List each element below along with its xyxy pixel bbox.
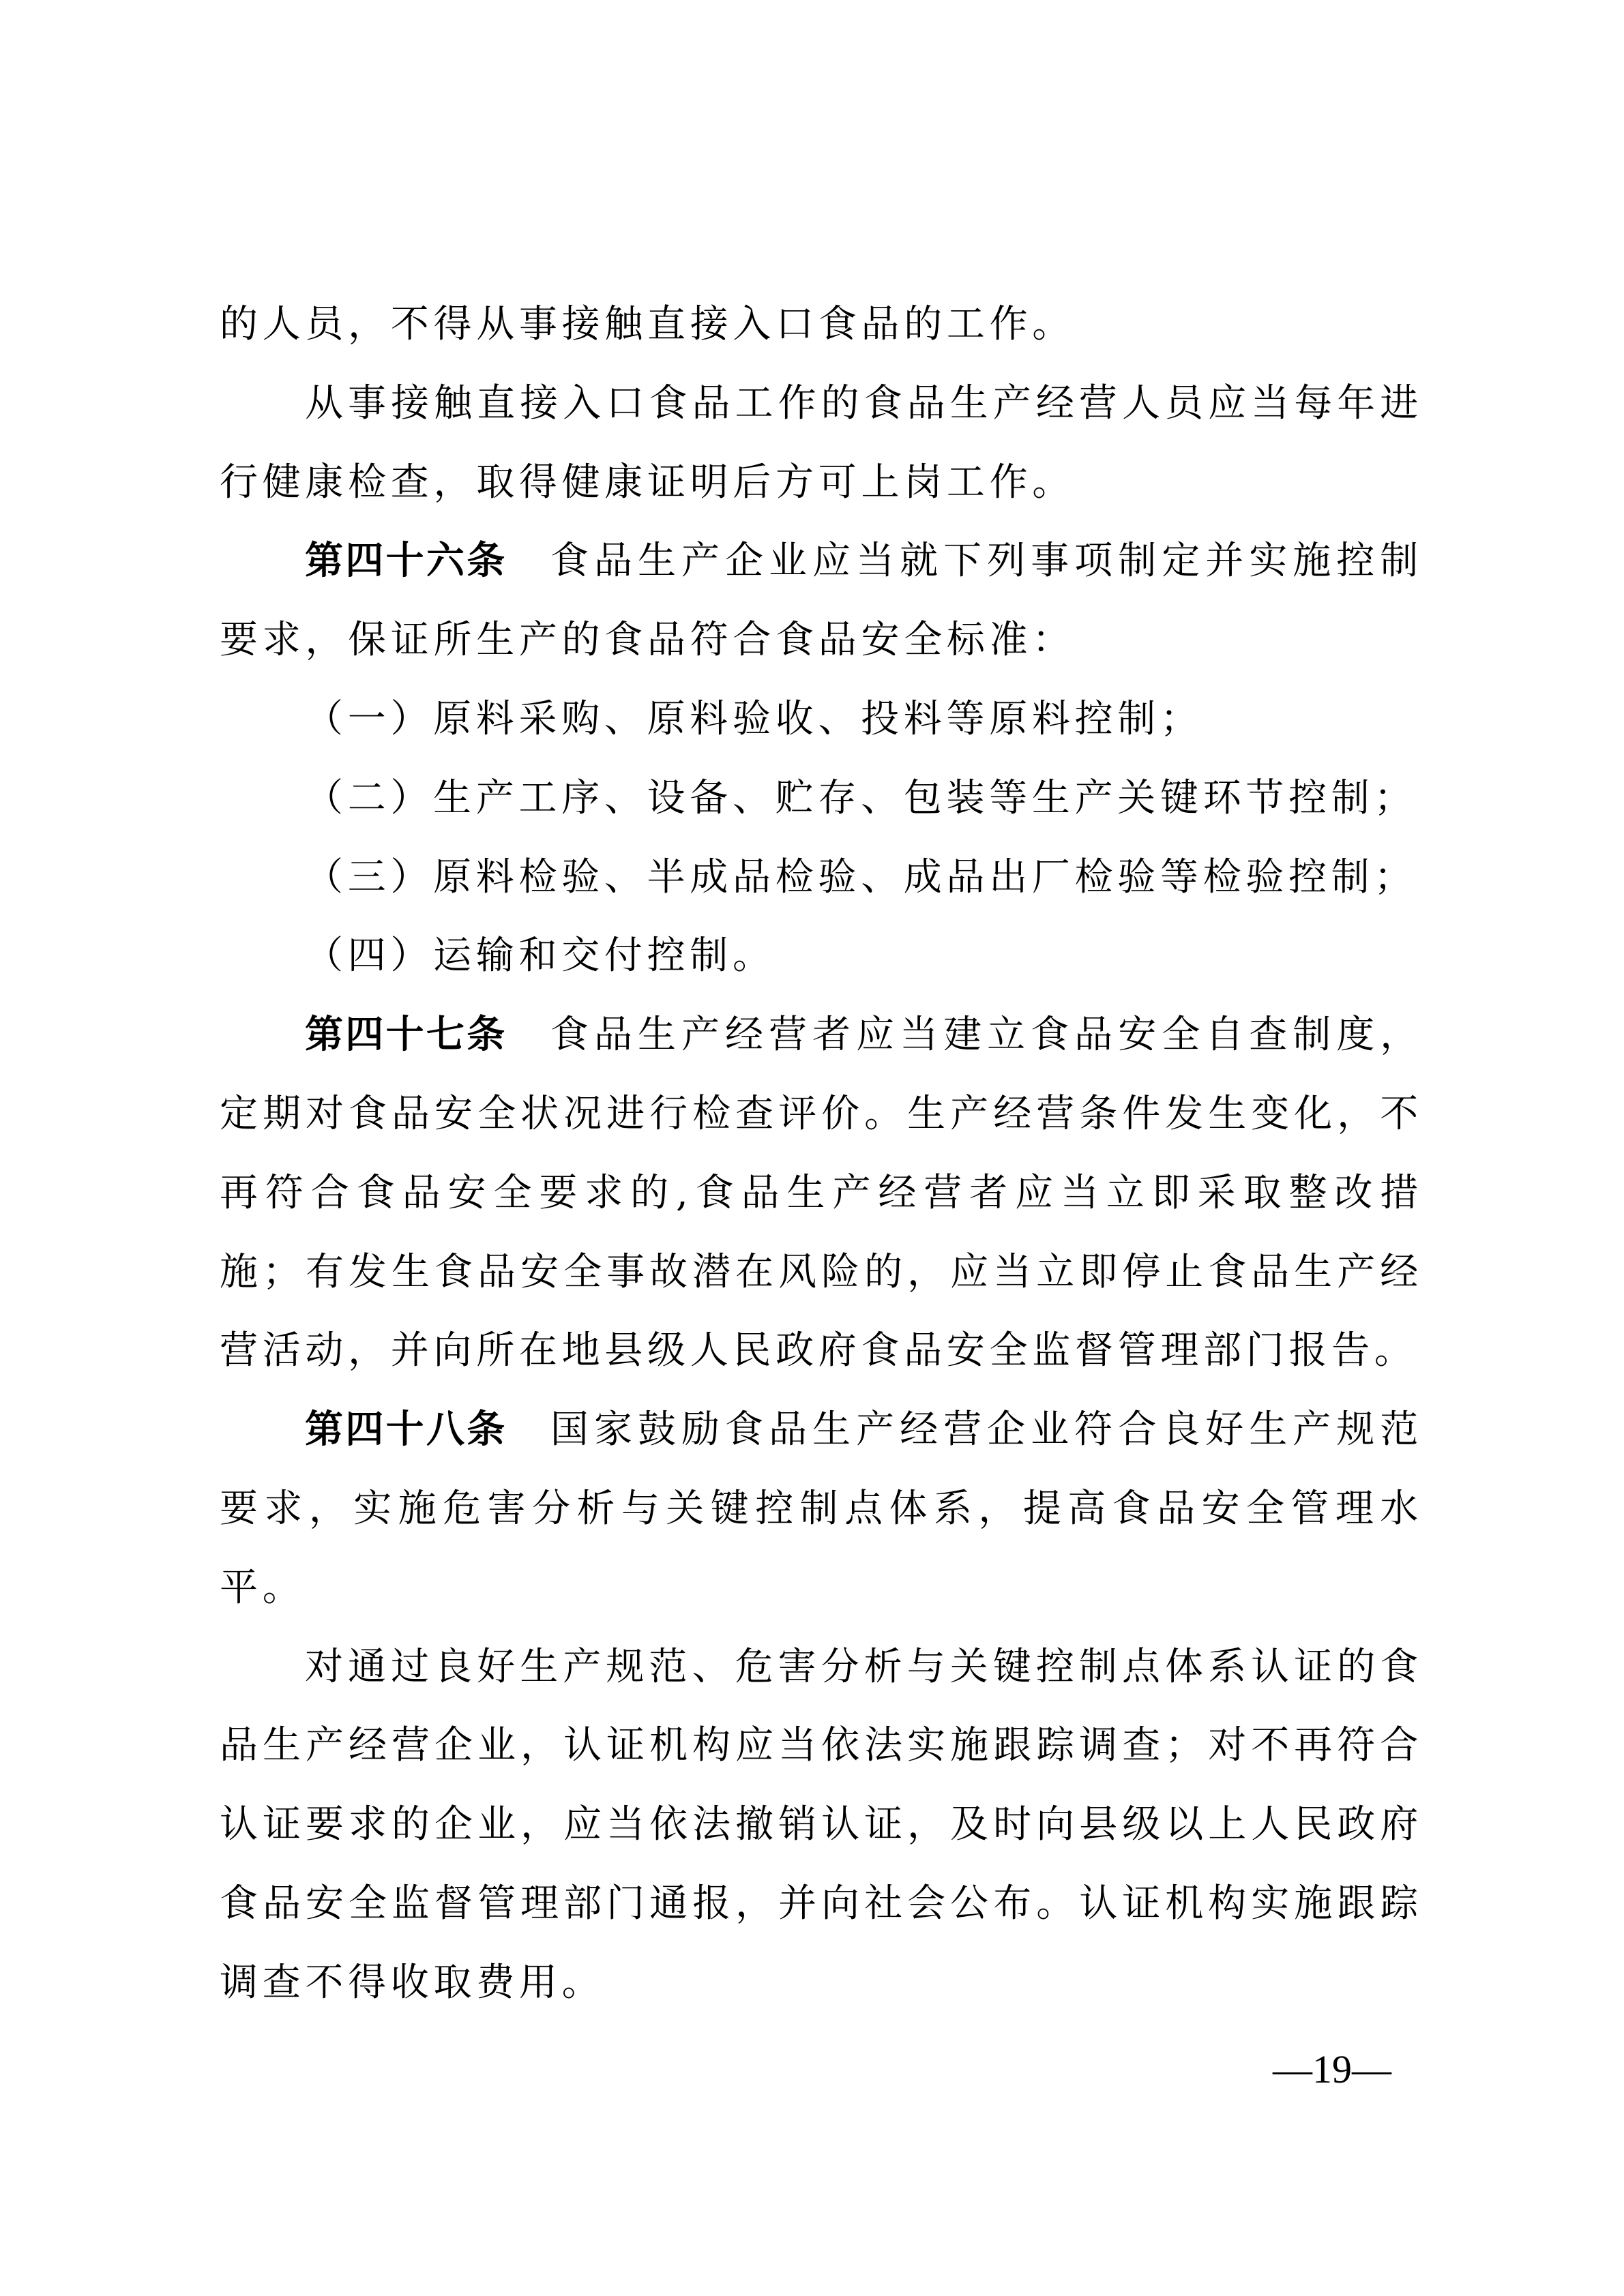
paragraph-text: 的人员，不得从事接触直接入口食品的工作。 xyxy=(220,302,1075,346)
paragraph-continuation: 的人员，不得从事接触直接入口食品的工作。 xyxy=(220,285,1423,364)
list-item-text: （二）生产工序、设备、贮存、包装等生产关键环节控制； xyxy=(305,776,1417,820)
paragraph-text: 从事接触直接入口食品工作的食品生产经营人员应当每年进行健康检查，取得健康证明后方… xyxy=(220,381,1423,505)
article-48: 第四十八条国家鼓励食品生产经营企业符合良好生产规范要求，实施危害分析与关键控制点… xyxy=(220,1390,1423,1627)
paragraph-certification: 对通过良好生产规范、危害分析与关键控制点体系认证的食品生产经营企业，认证机构应当… xyxy=(220,1628,1423,2023)
paragraph-text: 对通过良好生产规范、危害分析与关键控制点体系认证的食品生产经营企业，认证机构应当… xyxy=(220,1645,1423,2005)
list-item: （一）原料采购、原料验收、投料等原料控制； xyxy=(220,680,1423,759)
list-item: （二）生产工序、设备、贮存、包装等生产关键环节控制； xyxy=(220,759,1423,838)
article-46: 第四十六条食品生产企业应当就下列事项制定并实施控制要求，保证所生产的食品符合食品… xyxy=(220,522,1423,680)
document-page: 的人员，不得从事接触直接入口食品的工作。 从事接触直接入口食品工作的食品生产经营… xyxy=(0,0,1624,2296)
list-item: （三）原料检验、半成品检验、成品出厂检验等检验控制； xyxy=(220,838,1423,917)
article-title: 第四十六条 xyxy=(305,539,507,583)
paragraph-health-check: 从事接触直接入口食品工作的食品生产经营人员应当每年进行健康检查，取得健康证明后方… xyxy=(220,364,1423,522)
list-item-text: （一）原料采购、原料验收、投料等原料控制； xyxy=(305,697,1203,741)
article-title: 第四十八条 xyxy=(305,1407,507,1452)
list-item-text: （四）运输和交付控制。 xyxy=(305,934,776,978)
page-number: —19— xyxy=(1273,2047,1382,2092)
article-text: 食品生产经营者应当建立食品安全自查制度，定期对食品安全状况进行检查评价。生产经营… xyxy=(220,1013,1423,1373)
article-title: 第四十七条 xyxy=(305,1013,507,1057)
list-item: （四）运输和交付控制。 xyxy=(220,916,1423,996)
document-body: 的人员，不得从事接触直接入口食品的工作。 从事接触直接入口食品工作的食品生产经营… xyxy=(220,285,1423,2023)
list-item-text: （三）原料检验、半成品检验、成品出厂检验等检验控制； xyxy=(305,855,1417,899)
article-47: 第四十七条食品生产经营者应当建立食品安全自查制度，定期对食品安全状况进行检查评价… xyxy=(220,996,1423,1390)
